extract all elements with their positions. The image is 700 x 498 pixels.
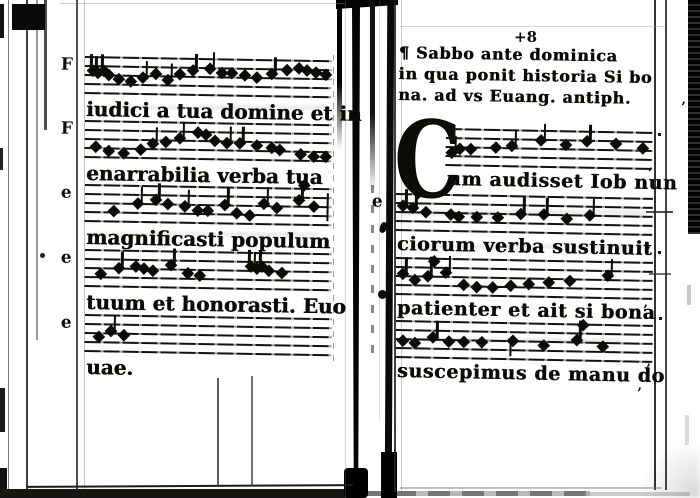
note-virga	[537, 136, 547, 146]
note-punctum	[92, 142, 102, 152]
note-virga	[181, 202, 191, 212]
note-virga	[139, 73, 149, 83]
note-punctum	[228, 68, 238, 78]
note-virga	[134, 199, 144, 209]
note-shape	[150, 67, 162, 79]
note-shape	[543, 124, 546, 140]
note-shape	[201, 204, 213, 216]
note-shape	[538, 339, 550, 351]
note-shape	[209, 135, 221, 147]
note-shape	[326, 193, 328, 221]
note-punctum	[611, 139, 621, 149]
note-shape	[597, 340, 609, 352]
note-punctum	[114, 75, 124, 85]
ink-dot	[658, 133, 661, 136]
note-punctum-pair	[295, 64, 305, 74]
fore-edge-shadow	[687, 285, 691, 305]
note-punctum	[473, 212, 483, 222]
clef-mark: e	[372, 194, 383, 211]
note-shape	[448, 256, 451, 272]
note-shape	[263, 264, 275, 276]
staff-line	[85, 138, 332, 144]
page-edge-line	[8, 0, 9, 498]
staff-line	[395, 220, 652, 227]
note-shape	[489, 141, 501, 153]
note-punctum-pair	[447, 210, 457, 220]
note-punctum	[196, 271, 206, 281]
note-shape	[102, 145, 114, 157]
note-shape	[486, 281, 498, 293]
note-punctum	[411, 338, 421, 348]
note-punctum	[252, 141, 262, 151]
note-punctum	[562, 214, 572, 224]
note-shape	[141, 187, 144, 203]
note-punctum	[211, 136, 221, 146]
note-shape	[117, 147, 129, 159]
note-shape	[231, 207, 243, 219]
note-shape	[243, 209, 255, 221]
ink-dot	[40, 253, 45, 258]
frame-line	[400, 487, 662, 489]
note-punctum	[161, 137, 171, 147]
note-shape	[476, 336, 488, 348]
note-punctum	[104, 146, 114, 156]
note-shape	[173, 249, 176, 265]
note-shape	[251, 71, 263, 83]
ink-smudge	[12, 4, 45, 30]
staff: Fenarrabilia verba tua	[84, 120, 332, 194]
lyric-line: um audisset Iob nun	[447, 168, 678, 194]
note-virga	[267, 69, 277, 79]
note-shape	[560, 139, 572, 151]
ink-smudge	[0, 388, 5, 432]
note-shape	[589, 125, 592, 141]
lyric-line: suscepimus de manu do	[397, 360, 665, 387]
note-shape	[561, 213, 573, 225]
note-punctum	[460, 337, 470, 347]
note-virga	[149, 139, 159, 149]
fore-edge-shadow	[688, 0, 700, 234]
note-shape	[543, 276, 555, 288]
ink-smudge	[0, 4, 4, 38]
note-shape	[267, 187, 270, 203]
margin-mark: ’	[646, 362, 651, 378]
note-virga	[429, 333, 439, 343]
frame-line	[60, 3, 345, 4]
manuscript-scan: Fiudici a tua domine et inFenarrabilia v…	[0, 0, 700, 498]
gutter-shadow	[345, 0, 346, 498]
frame-line	[217, 378, 219, 486]
note-punctum	[253, 73, 263, 83]
margin-mark: ’	[637, 386, 642, 402]
note-shape	[458, 336, 470, 348]
note-shape	[514, 129, 517, 145]
staff: suscepimus de manu do	[395, 320, 653, 395]
clef-mark: F	[61, 121, 73, 138]
note-punctum	[444, 337, 454, 347]
lyric-line: uae.	[86, 355, 134, 380]
note-shape	[320, 150, 332, 162]
ink-dot	[659, 317, 662, 320]
corner-smudge	[638, 438, 700, 498]
page-edge-line	[26, 0, 28, 498]
note-shape	[242, 127, 245, 143]
note-punctum	[472, 282, 482, 292]
staff-line	[85, 341, 332, 347]
note-shape	[436, 321, 439, 337]
pilcrow-icon: ¶	[399, 43, 410, 62]
note-shape	[182, 267, 194, 279]
note-punctum	[277, 268, 287, 278]
note-punctum	[460, 280, 470, 290]
note-shape	[471, 211, 483, 223]
clef-mark: e	[61, 315, 72, 332]
note-shape	[227, 188, 230, 204]
note-shape	[271, 202, 283, 214]
note-shape	[610, 137, 622, 149]
note-ligature	[573, 335, 583, 345]
note-virga	[223, 138, 233, 148]
note-shape	[194, 269, 206, 281]
staff: emagnificasti populum	[84, 184, 332, 258]
staff: um audisset Iob nun	[445, 128, 653, 202]
note-punctum-pair	[267, 143, 277, 153]
note-shape	[458, 279, 470, 291]
note-virga	[235, 139, 245, 149]
note-shape	[174, 68, 186, 80]
note-virga	[220, 200, 230, 210]
note-punctum	[183, 269, 193, 279]
note-shape	[107, 205, 119, 217]
note-shape	[170, 63, 173, 79]
note-punctum	[478, 338, 488, 348]
note-punctum	[265, 266, 275, 276]
note-punctum	[411, 275, 421, 285]
note-ligature-triple	[248, 256, 258, 266]
note-punctum	[493, 213, 503, 223]
note-shape	[187, 190, 190, 206]
note-virga	[164, 75, 174, 85]
note-shape	[212, 52, 215, 68]
note-shape	[592, 199, 595, 215]
note-punctum	[638, 144, 648, 154]
staff-line	[85, 323, 332, 329]
note-shape	[405, 189, 408, 205]
note-punctum	[309, 152, 319, 162]
note-shape	[281, 64, 293, 76]
note-shape	[295, 148, 307, 160]
note-punctum	[321, 152, 331, 162]
note-shape	[251, 139, 263, 151]
note-shape	[320, 68, 332, 80]
note-punctum	[506, 281, 516, 291]
note-shape	[135, 143, 147, 155]
note-punctum	[203, 206, 213, 216]
note-shape	[162, 198, 174, 210]
staff-line	[85, 56, 332, 62]
note-virga-down	[509, 336, 519, 346]
note-punctum	[119, 331, 129, 341]
note-shape	[147, 264, 159, 276]
note-shape	[546, 198, 549, 214]
staff: Fiudici a tua domine et in	[84, 56, 332, 130]
note-shape	[636, 142, 648, 154]
note-shape	[276, 267, 288, 279]
frame-line	[76, 0, 78, 490]
staff: euae.	[84, 314, 332, 388]
note-virga	[586, 211, 596, 221]
note-shape	[405, 257, 408, 273]
note-shape	[90, 140, 102, 152]
note-ligature	[408, 203, 418, 213]
note-virga	[107, 326, 117, 336]
gutter-shadow	[344, 468, 368, 498]
gutter-shadow	[385, 0, 395, 498]
note-shape	[308, 200, 320, 212]
note-virga	[114, 264, 124, 274]
ink-blob	[378, 290, 387, 299]
frame-line	[654, 0, 656, 490]
note-punctum	[524, 279, 534, 289]
note-virga	[188, 66, 198, 76]
margin-mark: ’	[648, 166, 653, 182]
bottom-shadow	[0, 489, 365, 498]
note-virga	[604, 271, 614, 281]
margin-mark: ’	[646, 245, 651, 261]
note-shape	[121, 252, 124, 268]
page-edge-line	[36, 0, 38, 340]
staff-line	[445, 155, 652, 161]
note-punctum	[421, 207, 431, 217]
note-ligature-triple	[90, 60, 100, 70]
note-punctum	[297, 150, 307, 160]
note-shape	[610, 259, 613, 275]
note-virga	[206, 64, 216, 74]
note-shape	[471, 281, 483, 293]
note-shape	[183, 122, 186, 138]
note-punctum	[562, 140, 572, 150]
note-shape	[523, 197, 526, 213]
note-shape	[155, 127, 158, 143]
note-punctum	[544, 278, 554, 288]
note-shape	[396, 334, 408, 346]
note-ligature	[295, 196, 305, 206]
note-virga	[582, 137, 592, 147]
frame-line	[665, 0, 667, 490]
note-punctum	[126, 77, 136, 87]
note-punctum	[149, 266, 159, 276]
staff-line	[396, 266, 653, 273]
note-virga	[398, 269, 408, 279]
note-punctum	[466, 144, 476, 154]
note-punctum	[282, 65, 292, 75]
note-punctum	[309, 202, 319, 212]
margin-mark: ’	[681, 100, 686, 116]
note-punctum	[97, 269, 107, 279]
staff: etuum et honorasti. Euo	[84, 249, 332, 323]
note-punctum-pair	[193, 128, 203, 138]
note-virga	[151, 195, 161, 205]
note-punctum	[176, 70, 186, 80]
frame-line	[400, 26, 665, 27]
note-virga	[260, 199, 270, 209]
note-virga	[176, 134, 186, 144]
note-punctum	[539, 341, 549, 351]
note-shape	[113, 315, 116, 331]
note-shape	[159, 136, 171, 148]
note-punctum-pair	[132, 262, 142, 272]
note-punctum	[398, 336, 408, 346]
staff-line	[85, 276, 332, 282]
note-punctum	[272, 203, 282, 213]
staff-line	[446, 137, 653, 143]
gutter-shadow	[337, 0, 342, 150]
note-punctum	[488, 283, 498, 293]
note-shape	[112, 73, 124, 85]
note-shape	[95, 268, 107, 280]
clef-mark: e	[61, 250, 72, 267]
note-punctum	[94, 332, 104, 342]
note-shape	[307, 150, 319, 162]
barline	[327, 198, 337, 208]
note-ligature	[424, 272, 434, 282]
note-punctum	[164, 199, 174, 209]
note-shape	[563, 275, 575, 287]
note-punctum	[233, 209, 243, 219]
frame-line	[27, 484, 353, 488]
note-punctum	[136, 145, 146, 155]
clef-mark: F	[61, 57, 73, 74]
note-virga	[516, 209, 526, 219]
note-shape	[117, 329, 129, 341]
note-shape	[158, 183, 161, 199]
clef-mark: e	[61, 185, 72, 202]
note-shape	[509, 340, 512, 356]
gutter-shadow	[370, 0, 375, 190]
note-shape	[420, 206, 432, 218]
note-shape	[504, 279, 516, 291]
note-punctum	[109, 206, 119, 216]
note-shape	[409, 337, 421, 349]
note-virga	[539, 210, 549, 220]
note-shape	[145, 61, 148, 77]
note-shape	[491, 211, 503, 223]
note-punctum	[598, 342, 608, 352]
note-punctum	[322, 70, 332, 80]
note-virga	[166, 260, 176, 270]
frame-line	[251, 376, 253, 486]
gutter-shadow	[371, 185, 374, 365]
note-shape	[522, 278, 534, 290]
note-punctum	[151, 69, 161, 79]
fore-edge-shadow	[685, 415, 689, 445]
staff-line	[395, 347, 652, 354]
ink-dot	[658, 251, 661, 254]
note-shape	[229, 127, 232, 143]
rubric-text: Sabbo ante dominica	[416, 43, 618, 65]
note-shape	[409, 274, 421, 286]
note-shape	[443, 335, 455, 347]
note-shape	[226, 67, 238, 79]
note-shape	[274, 57, 277, 73]
note-virga	[442, 268, 452, 278]
note-shape	[125, 75, 137, 87]
note-punctum	[119, 149, 129, 159]
note-shape	[93, 330, 105, 342]
ink-smudge	[0, 148, 3, 170]
note-punctum	[245, 211, 255, 221]
note-shape	[239, 69, 251, 81]
staff-line	[446, 128, 653, 134]
note-punctum	[565, 276, 575, 286]
note-shape	[195, 54, 198, 70]
note-punctum	[240, 71, 250, 81]
note-punctum	[491, 143, 501, 153]
margin-mark: ’	[643, 303, 648, 319]
gutter-shadow	[351, 0, 361, 498]
note-virga	[508, 141, 518, 151]
note-shape	[465, 143, 477, 155]
